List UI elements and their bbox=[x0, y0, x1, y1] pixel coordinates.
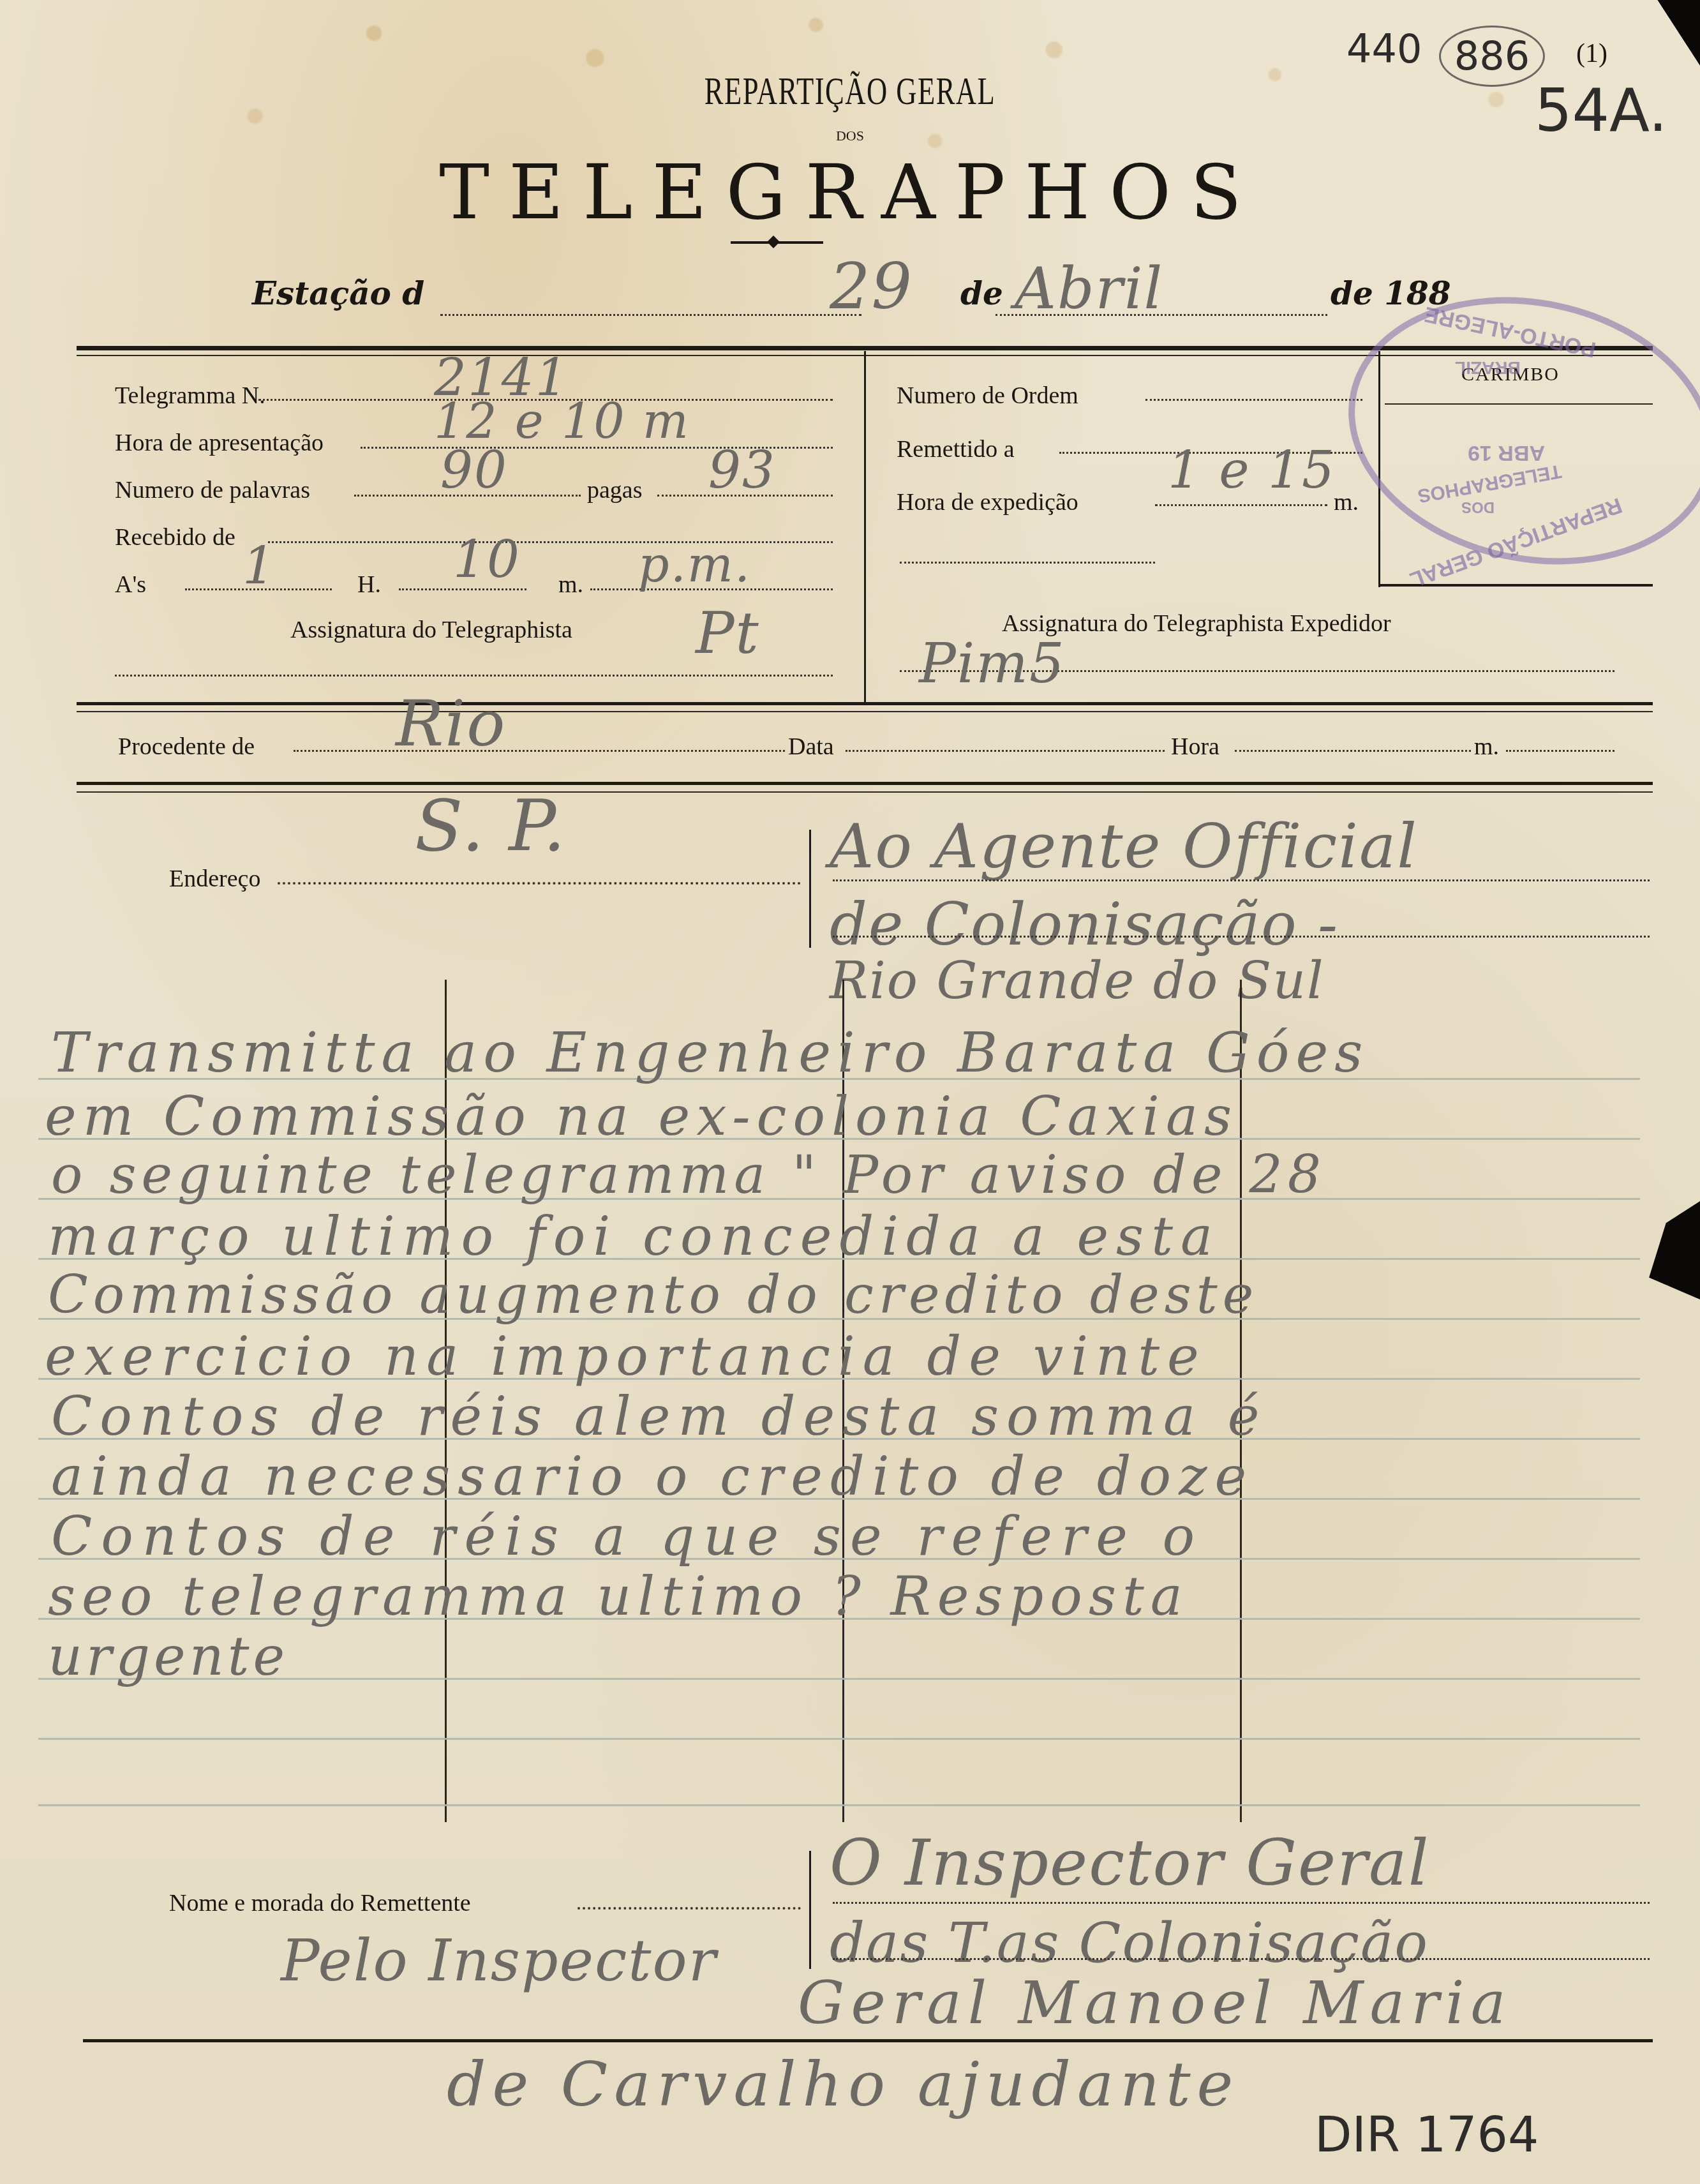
data-label: Data bbox=[788, 733, 834, 761]
numero-ordem-label: Numero de Ordem bbox=[897, 382, 1078, 410]
signature-pelo-inspector: Pelo Inspector bbox=[281, 1927, 717, 1994]
as-label: A's bbox=[115, 571, 146, 599]
agency-title: REPARTIÇÃO GERAL bbox=[238, 69, 1462, 114]
date-de-1: de bbox=[960, 274, 1003, 312]
bottom-rule bbox=[83, 2039, 1653, 2042]
pagas-value: 93 bbox=[708, 440, 776, 500]
message-line-6: exercicio na importancia de vinte bbox=[45, 1325, 1207, 1387]
address-field-1[interactable] bbox=[833, 879, 1650, 881]
numero-palavras-value: 90 bbox=[440, 440, 508, 500]
numero-palavras-label: Numero de palavras bbox=[115, 476, 310, 504]
h-label: H. bbox=[357, 571, 381, 599]
numero-ordem-field[interactable] bbox=[1145, 399, 1362, 401]
station-field[interactable] bbox=[440, 314, 861, 316]
assinatura-telegraphista-label: Assignatura do Telegraphista bbox=[290, 616, 572, 644]
service-mark: S. P. bbox=[415, 785, 567, 867]
archive-code: DIR 1764 bbox=[1315, 2106, 1539, 2163]
procedente-label: Procedente de bbox=[118, 733, 255, 761]
origin-rule-bottom bbox=[77, 782, 1653, 785]
sender-line-2: das T.as Colonisação bbox=[830, 1911, 1429, 1975]
procedente-value: Rio bbox=[396, 686, 506, 761]
hora-apresentacao-label: Hora de apresentação bbox=[115, 429, 324, 457]
assinatura-telegraphista-field[interactable] bbox=[115, 675, 833, 677]
ruled-line bbox=[38, 1804, 1640, 1806]
message-line-1: Transmitta ao Engenheiro Barata Góes bbox=[51, 1021, 1369, 1085]
page-title: TELEGRAPHOS bbox=[0, 148, 1700, 236]
hora-expedicao-value: 1 e 15 bbox=[1168, 440, 1336, 500]
m-value: p.m. bbox=[638, 536, 751, 593]
archive-number: 440 bbox=[1346, 26, 1422, 72]
stamp-dos: DOS bbox=[1461, 498, 1495, 516]
message-line-3: o seguinte telegramma " Por aviso de 28 bbox=[51, 1145, 1326, 1206]
message-line-7: Contos de réis alem desta somma é bbox=[51, 1385, 1267, 1447]
recebido-label: Recebido de bbox=[115, 523, 235, 551]
message-line-9: Contos de réis a que se refere o bbox=[51, 1505, 1204, 1567]
page-number: (1) bbox=[1576, 38, 1607, 69]
date-month: Abril bbox=[1015, 255, 1163, 322]
ruled-line bbox=[38, 1738, 1640, 1740]
endereco-leader bbox=[278, 882, 801, 885]
m-label: m. bbox=[558, 571, 583, 599]
section-divider bbox=[864, 351, 866, 702]
message-line-10: seo telegramma ultimo ? Resposta bbox=[48, 1565, 1189, 1627]
sender-line-1: O Inspector Geral bbox=[830, 1825, 1430, 1900]
remettente-brace bbox=[809, 1851, 815, 1969]
message-line-8: ainda necessario o credito de doze bbox=[51, 1445, 1254, 1507]
sender-field-1[interactable] bbox=[833, 1902, 1650, 1904]
sender-line-3: Geral Manoel Maria bbox=[798, 1969, 1512, 2037]
message-line-11: urgente bbox=[48, 1625, 288, 1687]
message-line-4: março ultimo foi concedida a esta bbox=[48, 1205, 1220, 1268]
hora-label: Hora bbox=[1171, 733, 1219, 761]
agency-dos: DOS bbox=[0, 128, 1700, 144]
hora-expedicao-field[interactable] bbox=[1155, 504, 1327, 506]
assinatura-telegraphista-value: Pt bbox=[696, 600, 760, 667]
hora-expedicao-label: Hora de expedição bbox=[897, 488, 1078, 516]
origin-rule-top bbox=[77, 702, 1653, 705]
hora-expedicao-m-label: m. bbox=[1334, 488, 1359, 516]
as-value: 1 bbox=[242, 536, 276, 595]
address-line-1: Ao Agente Official bbox=[830, 811, 1418, 882]
remettido-label: Remettido a bbox=[897, 435, 1015, 463]
procedente-field[interactable] bbox=[294, 750, 785, 752]
address-field-2[interactable] bbox=[833, 936, 1650, 938]
h-value: 10 bbox=[453, 530, 521, 589]
address-line-3: Rio Grande do Sul bbox=[830, 951, 1324, 1010]
origin-m-field[interactable] bbox=[1506, 750, 1614, 752]
origin-m-label: m. bbox=[1474, 733, 1499, 761]
stamp-date: ABR 19 bbox=[1468, 440, 1545, 465]
hora-field[interactable] bbox=[1235, 750, 1471, 752]
endereco-brace bbox=[809, 830, 815, 948]
assinatura-expedidor-value: Pim5 bbox=[919, 632, 1066, 696]
dispatch-extra-field[interactable] bbox=[900, 562, 1155, 564]
signature-bottom: de Carvalho ajudante bbox=[447, 2049, 1239, 2120]
stamp-country: BRAZIL bbox=[1455, 357, 1521, 378]
origin-rule-bottom-thin bbox=[77, 791, 1653, 793]
message-line-2: em Commissão na ex-colonia Caxias bbox=[45, 1085, 1238, 1148]
address-line-2: de Colonisação - bbox=[830, 890, 1339, 959]
telegramma-label: Telegramma N. bbox=[115, 382, 265, 410]
station-label: Estação d bbox=[252, 274, 424, 312]
data-field[interactable] bbox=[846, 750, 1165, 752]
endereco-label: Endereço bbox=[169, 865, 260, 893]
sender-field-2[interactable] bbox=[833, 1958, 1650, 1960]
remettente-leader bbox=[578, 1907, 801, 1910]
pagas-label: pagas bbox=[587, 476, 643, 504]
origin-rule-top-thin bbox=[77, 711, 1653, 712]
date-day: 29 bbox=[830, 249, 913, 324]
message-line-5: Commissão augmento do credito deste bbox=[48, 1265, 1258, 1326]
remettente-label: Nome e morada do Remettente bbox=[169, 1889, 471, 1917]
